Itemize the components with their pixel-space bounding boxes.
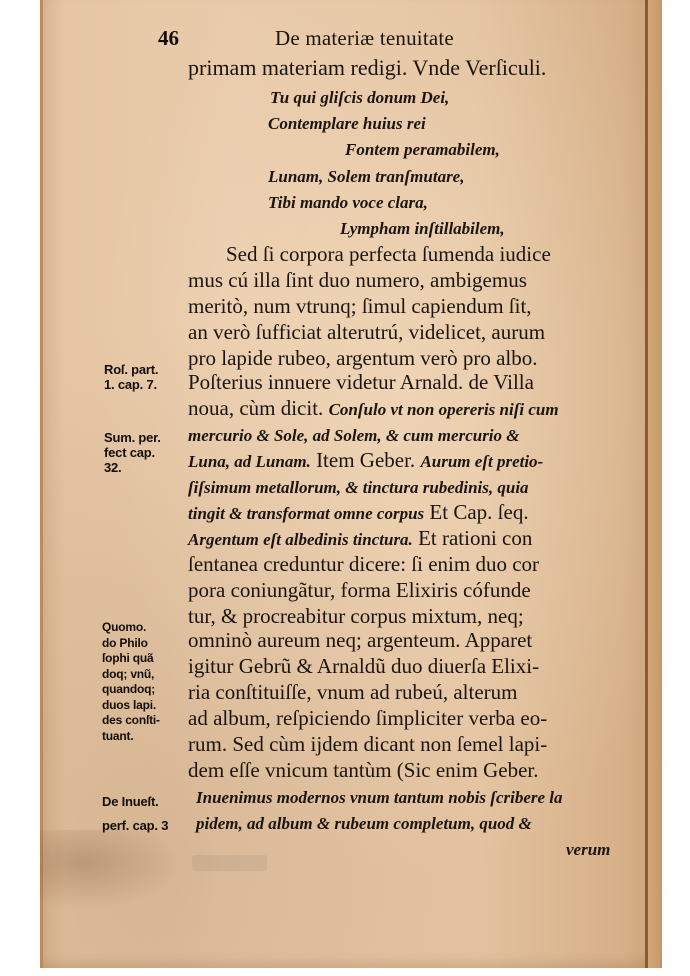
text-line-italic: mercurio & Sole, ad Solem, & cum mercuri… bbox=[188, 424, 520, 448]
margin-note-line: tuant. bbox=[102, 729, 160, 745]
text-line-italic: pidem, ad album & rubeum completum, quod… bbox=[196, 812, 532, 836]
text-line: mus cú illa ſint duo numero, ambigemus bbox=[188, 268, 527, 292]
margin-note-line: De Inueſt. bbox=[102, 790, 168, 814]
verse-line: Tibi mando voce clara, bbox=[268, 192, 428, 214]
text-line: noua, cùm dicit. Conſulo vt non opereris… bbox=[188, 396, 559, 422]
margin-note-summa: Sum. per. fect cap. 32. bbox=[104, 430, 161, 475]
text-line: Argentum eſt albedinis tinctura. Et rati… bbox=[188, 526, 532, 552]
margin-note-line: Quomo. bbox=[102, 620, 160, 636]
margin-note-de-inuestigatione: De Inueſt. perf. cap. 3 bbox=[102, 790, 168, 838]
text-roman: Et rationi con bbox=[418, 526, 532, 550]
text-roman: noua, cùm dicit. bbox=[188, 396, 323, 420]
text-italic-quote: Luna, ad Lunam. bbox=[188, 452, 311, 471]
text-line: dem eſſe vnicum tantùm (Sic enim Geber. bbox=[188, 758, 539, 782]
text-line: ſentanea creduntur dicere: ſi enim duo c… bbox=[188, 552, 539, 576]
margin-note-line: Sum. per. bbox=[104, 430, 161, 445]
margin-note-line: doq; vnũ, bbox=[102, 667, 160, 683]
intro-line: primam materiam redigi. Vnde Verſiculi. bbox=[188, 56, 546, 80]
text-line-italic: ſiſsimum metallorum, & tinctura rubedini… bbox=[188, 476, 529, 500]
text-line: igitur Gebrũ & Arnaldũ duo diuerſa Elixi… bbox=[188, 654, 539, 678]
verse-line: Lympham inſtillabilem, bbox=[340, 218, 505, 240]
text-italic-quote: tingit & transformat omne corpus bbox=[188, 504, 424, 523]
margin-note-rosarium: Roſ. part. 1. cap. 7. bbox=[104, 362, 158, 392]
text-line: Luna, ad Lunam. Item Geber. Aurum eſt pr… bbox=[188, 448, 543, 474]
text-italic-quote: Aurum eſt pretio- bbox=[420, 452, 543, 471]
margin-note-line: des conſti- bbox=[102, 713, 160, 729]
text-line: omninò aureum neq; argenteum. Apparet bbox=[188, 628, 532, 652]
margin-note-line: fect cap. bbox=[104, 445, 161, 460]
margin-note-line: ſophi quã bbox=[102, 651, 160, 667]
text-line: Sed ſi corpora perfecta ſumenda iudice bbox=[226, 242, 551, 266]
text-line: pro lapide rubeo, argentum verò pro albo… bbox=[188, 346, 538, 370]
text-italic-quote: Conſulo vt non opereris niſi cum bbox=[329, 400, 559, 419]
text-line: Poſterius innuere videtur Arnald. de Vil… bbox=[188, 370, 534, 394]
text-line: tur, & procreabitur corpus mixtum, neq; bbox=[188, 604, 524, 628]
catchword: verum bbox=[566, 838, 610, 862]
verse-line: Fontem peramabilem, bbox=[345, 139, 500, 161]
text-line: tingit & transformat omne corpus Et Cap.… bbox=[188, 500, 529, 526]
text-line: an verò ſufficiat alterutrú, videlicet, … bbox=[188, 320, 545, 344]
text-roman: Et Cap. ſeq. bbox=[429, 500, 528, 524]
text-line: rum. Sed cùm ijdem dicant non ſemel lapi… bbox=[188, 732, 547, 756]
text-roman: Item Geber. bbox=[316, 448, 415, 472]
verse-line: Contemplare huius rei bbox=[268, 113, 426, 135]
verse-line: Tu qui gliſcis donum Dei, bbox=[270, 87, 449, 109]
margin-note-line: perf. cap. 3 bbox=[102, 814, 168, 838]
margin-note-line: quandoq; bbox=[102, 682, 160, 698]
verse-line: Lunam, Solem tranſmutare, bbox=[268, 166, 464, 188]
text-line-italic: Inuenimus modernos vnum tantum nobis ſcr… bbox=[196, 786, 563, 810]
text-italic-quote: Argentum eſt albedinis tinctura. bbox=[188, 530, 413, 549]
text-line: pora coniungãtur, forma Elixiris cófunde bbox=[188, 578, 531, 602]
text-line: ad album, reſpiciendo ſimpliciter verba … bbox=[188, 706, 547, 730]
margin-note-line: do Philo bbox=[102, 636, 160, 652]
margin-note-line: 1. cap. 7. bbox=[104, 377, 158, 392]
text-line: meritò, num vtrunq; ſimul capiendum ſit, bbox=[188, 294, 532, 318]
margin-note-line: 32. bbox=[104, 460, 161, 475]
margin-note-line: duos lapi. bbox=[102, 698, 160, 714]
margin-note-quomodo: Quomo. do Philo ſophi quã doq; vnũ, quan… bbox=[102, 620, 160, 744]
margin-note-line: Roſ. part. bbox=[104, 362, 158, 377]
text-line: ria conſtituiſſe, vnum ad rubeú, alterum bbox=[188, 680, 518, 704]
